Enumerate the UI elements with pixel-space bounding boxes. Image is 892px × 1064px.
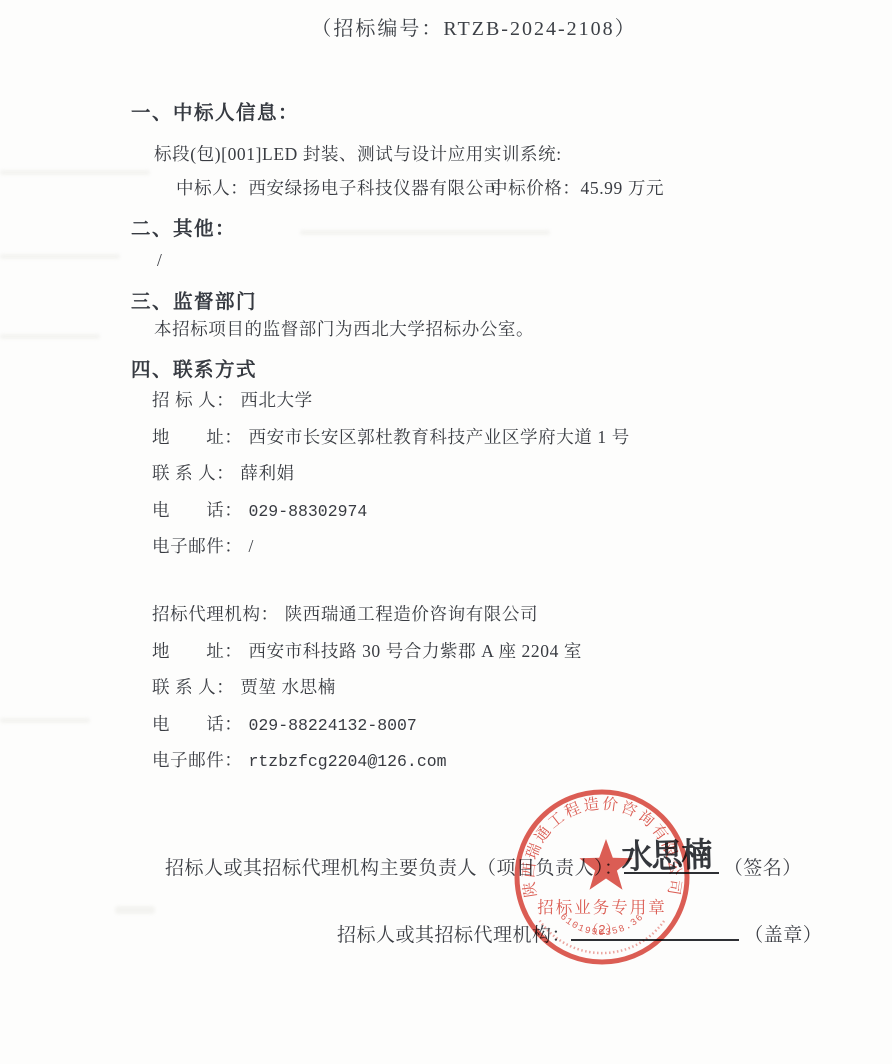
contact-row-agency-phone: 电 话：029-88224132-8007 <box>152 713 582 750</box>
contact-label: 招标代理机构： <box>152 604 279 624</box>
tenderer-contact-block: 招 标 人：西北大学 地 址：西安市长安区郭杜教育科技产业区学府大道 1 号 联… <box>152 389 630 572</box>
winner-name: 西安绿扬电子科技仪器有限公司 <box>248 178 501 198</box>
price-value: 45.99 万元 <box>581 178 665 198</box>
contact-row-tenderer-phone: 电 话：029-88302974 <box>152 499 630 536</box>
scan-artifact <box>115 906 155 914</box>
section4-heading: 四、联系方式 <box>131 354 257 382</box>
contact-row-tenderer-person: 联 系 人：薛利娟 <box>152 462 630 499</box>
contact-row-tenderer-name: 招 标 人：西北大学 <box>152 389 630 426</box>
contact-label: 电 话： <box>152 500 243 520</box>
org-suffix: （盖章） <box>744 925 822 946</box>
scan-artifact <box>0 718 90 723</box>
contact-value: 薛利娟 <box>240 463 294 483</box>
contact-label: 联 系 人： <box>152 677 234 697</box>
contact-row-tenderer-email: 电子邮件：/ <box>152 535 630 572</box>
contact-label: 电 话： <box>152 714 243 734</box>
contact-value: 西北大学 <box>240 390 312 410</box>
contact-label: 地 址： <box>152 641 243 661</box>
contact-label: 地 址： <box>152 427 243 447</box>
contact-row-agency-name: 招标代理机构：陕西瑞通工程造价咨询有限公司 <box>152 603 582 640</box>
contact-row-agency-person: 联 系 人：贾堃 水思楠 <box>152 676 582 713</box>
stamp-company-arc-text: 陕西瑞通工程造价咨询有限公司 <box>519 795 685 899</box>
section3-content: 本招标项目的监督部门为西北大学招标办公室。 <box>154 318 534 340</box>
contact-value: 029-88302974 <box>249 502 368 521</box>
contact-value: 029-88224132-8007 <box>249 716 417 735</box>
winner-line: 中标人：西安绿扬电子科技仪器有限公司 <box>176 177 502 199</box>
contact-row-tenderer-address: 地 址：西安市长安区郭杜教育科技产业区学府大道 1 号 <box>152 426 630 463</box>
scan-artifact <box>300 230 550 235</box>
bid-number-line: （招标编号：RTZB-2024-2108） <box>0 12 892 41</box>
contact-label: 电子邮件： <box>152 750 243 770</box>
agency-contact-block: 招标代理机构：陕西瑞通工程造价咨询有限公司 地 址：西安市科技路 30 号合力紫… <box>152 603 582 786</box>
contact-value: 西安市科技路 30 号合力紫郡 A 座 2204 室 <box>249 641 583 661</box>
contact-value: 贾堃 水思楠 <box>240 677 335 697</box>
contact-value: / <box>249 536 254 556</box>
section2-content: / <box>157 249 162 271</box>
section1-heading: 一、中标人信息： <box>131 97 299 125</box>
price-label: 中标价格： <box>490 178 581 198</box>
contact-label: 招 标 人： <box>152 390 234 410</box>
contact-value: 西安市长安区郭杜教育科技产业区学府大道 1 号 <box>249 427 630 447</box>
contact-label: 联 系 人： <box>152 463 234 483</box>
scan-artifact <box>0 170 150 175</box>
section3-heading: 三、监督部门 <box>131 286 257 314</box>
price-line: 中标价格：45.99 万元 <box>490 177 664 199</box>
scanned-document-page: （招标编号：RTZB-2024-2108） 一、中标人信息： 标段(包)[001… <box>0 0 892 1064</box>
contact-row-agency-address: 地 址：西安市科技路 30 号合力紫郡 A 座 2204 室 <box>152 640 582 677</box>
stamp-star-icon <box>579 839 632 890</box>
leader-suffix: （签名） <box>724 858 802 879</box>
stamp-title-text: 招标业务专用章 <box>537 897 667 917</box>
red-company-stamp: 陕西瑞通工程造价咨询有限公司 招标业务专用章 （2） 6101990358.36 <box>505 781 699 975</box>
section2-heading: 二、其他： <box>131 213 236 241</box>
package-line: 标段(包)[001]LED 封装、测试与设计应用实训系统: <box>154 143 562 165</box>
contact-value: 陕西瑞通工程造价咨询有限公司 <box>285 604 538 624</box>
leader-signature-line: 招标人或其招标代理机构主要负责人（项目负责人）：水思楠 （签名） <box>165 853 802 880</box>
scan-artifact <box>0 254 120 259</box>
contact-value: rtzbzfcg2204@126.com <box>249 752 447 771</box>
winner-label: 中标人： <box>176 178 248 198</box>
scan-artifact <box>0 334 100 339</box>
contact-label: 电子邮件： <box>152 536 243 556</box>
